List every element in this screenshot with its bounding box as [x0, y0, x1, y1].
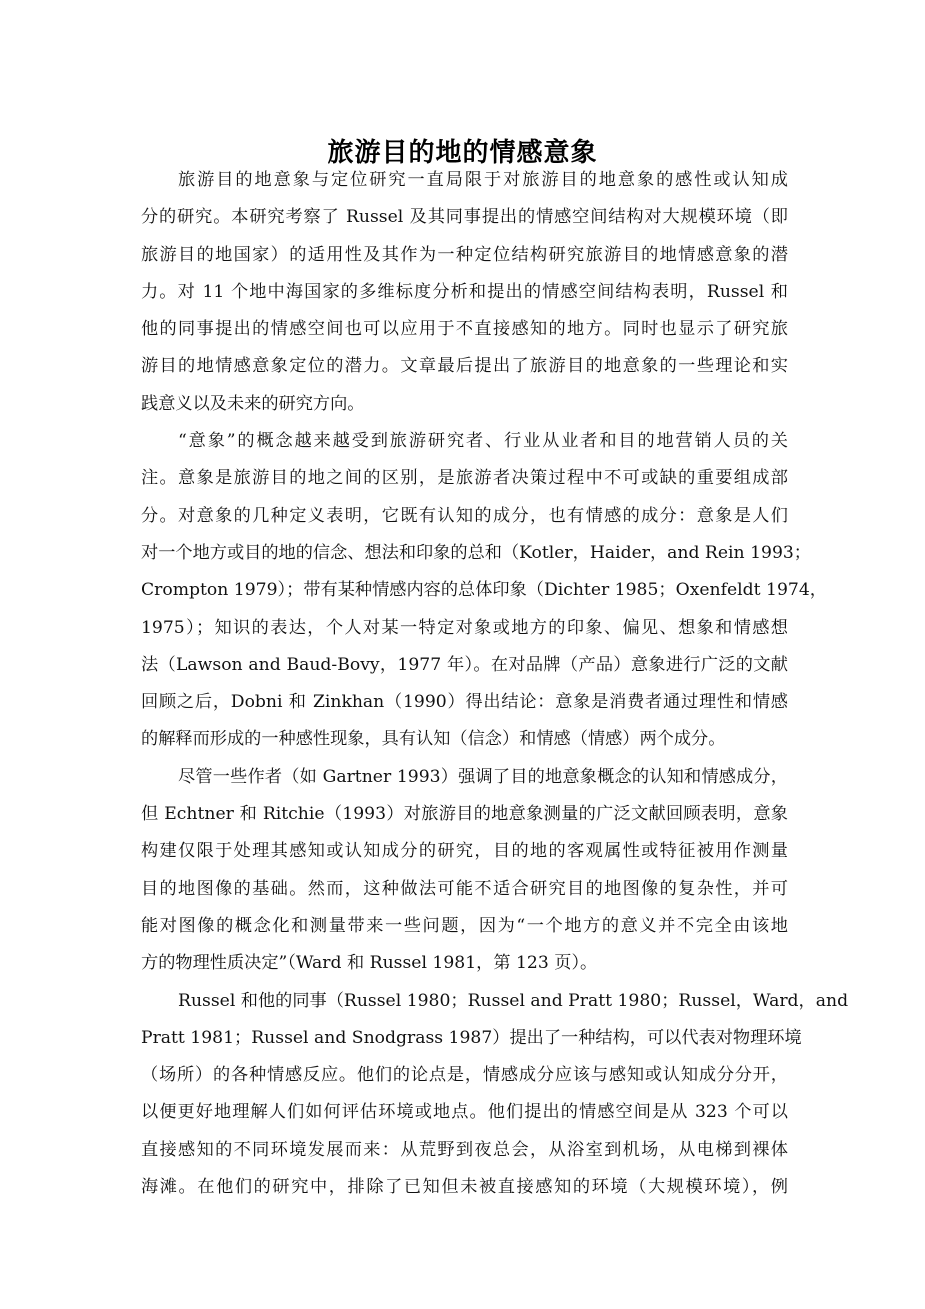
- paragraph-affective-space: Russel 和他的同事（Russel 1980；Russel and Prat…: [141, 983, 788, 1207]
- text-line: 力。对 11 个地中海国家的多维标度分析和提出的情感空间结构表明，Russel …: [141, 274, 788, 311]
- paragraph-cognitive-affective: 尽管一些作者（如 Gartner 1993）强调了目的地意象概念的认知和情感成分…: [141, 759, 788, 983]
- paragraph-image-concept: “意象”的概念越来越受到旅游研究者、行业从业者和目的地营销人员的关 注。意象是旅…: [141, 423, 788, 759]
- text-line: 旅游目的地意象与定位研究一直局限于对旅游目的地意象的感性或认知成: [141, 162, 788, 199]
- text-line: 的解释而形成的一种感性现象，具有认知（信念）和情感（情感）两个成分。: [141, 721, 788, 758]
- text-line: 尽管一些作者（如 Gartner 1993）强调了目的地意象概念的认知和情感成分…: [141, 759, 788, 796]
- text-line: 他的同事提出的情感空间也可以应用于不直接感知的地方。同时也显示了研究旅: [141, 311, 788, 348]
- text-line: 目的地图像的基础。然而，这种做法可能不适合研究目的地图像的复杂性，并可: [141, 871, 788, 908]
- text-line: 游目的地情感意象定位的潜力。文章最后提出了旅游目的地意象的一些理论和实: [141, 348, 788, 385]
- text-line: 直接感知的不同环境发展而来：从荒野到夜总会，从浴室到机场，从电梯到裸体: [141, 1132, 788, 1169]
- text-line: Russel 和他的同事（Russel 1980；Russel and Prat…: [141, 983, 788, 1020]
- text-line: 对一个地方或目的地的信念、想法和印象的总和（Kotler，Haider，and …: [141, 535, 788, 572]
- text-line: 1975）；知识的表达，个人对某一特定对象或地方的印象、偏见、想象和情感想: [141, 610, 788, 647]
- text-line: 分。对意象的几种定义表明，它既有认知的成分，也有情感的成分：意象是人们: [141, 498, 788, 535]
- text-line: 海滩。在他们的研究中，排除了已知但未被直接感知的环境（大规模环境），例: [141, 1169, 788, 1206]
- text-line: 注。意象是旅游目的地之间的区别，是旅游者决策过程中不可或缺的重要组成部: [141, 460, 788, 497]
- paragraph-abstract: 旅游目的地意象与定位研究一直局限于对旅游目的地意象的感性或认知成 分的研究。本研…: [141, 162, 788, 423]
- text-line: 旅游目的地国家）的适用性及其作为一种定位结构研究旅游目的地情感意象的潜: [141, 237, 788, 274]
- text-line: 能对图像的概念化和测量带来一些问题，因为“一个地方的意义并不完全由该地: [141, 908, 788, 945]
- text-line: （场所）的各种情感反应。他们的论点是，情感成分应该与感知或认知成分分开，: [141, 1057, 788, 1094]
- text-line: Pratt 1981；Russel and Snodgrass 1987）提出了…: [141, 1020, 788, 1057]
- text-line: 方的物理性质决定”（Ward 和 Russel 1981，第 123 页）。: [141, 945, 788, 982]
- text-line: 践意义以及未来的研究方向。: [141, 386, 788, 423]
- text-line: “意象”的概念越来越受到旅游研究者、行业从业者和目的地营销人员的关: [141, 423, 788, 460]
- document-body: 旅游目的地意象与定位研究一直局限于对旅游目的地意象的感性或认知成 分的研究。本研…: [141, 162, 788, 1206]
- text-line: 以便更好地理解人们如何评估环境或地点。他们提出的情感空间是从 323 个可以: [141, 1094, 788, 1131]
- text-line: 但 Echtner 和 Ritchie（1993）对旅游目的地意象测量的广泛文献…: [141, 796, 788, 833]
- text-line: Crompton 1979）；带有某种情感内容的总体印象（Dichter 198…: [141, 572, 788, 609]
- text-line: 法（Lawson and Baud-Bovy，1977 年）。在对品牌（产品）意…: [141, 647, 788, 684]
- text-line: 分的研究。本研究考察了 Russel 及其同事提出的情感空间结构对大规模环境（即: [141, 199, 788, 236]
- text-line: 构建仅限于处理其感知或认知成分的研究，目的地的客观属性或特征被用作测量: [141, 833, 788, 870]
- document-page: 旅游目的地的情感意象 旅游目的地意象与定位研究一直局限于对旅游目的地意象的感性或…: [0, 0, 925, 1309]
- text-line: 回顾之后，Dobni 和 Zinkhan（1990）得出结论：意象是消费者通过理…: [141, 684, 788, 721]
